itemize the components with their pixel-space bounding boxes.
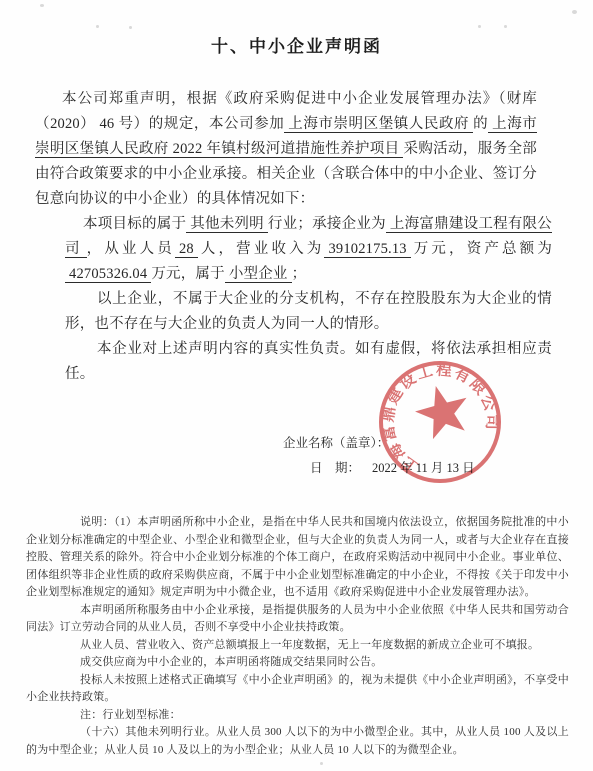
note-paragraph-3: 从业人员、营业收入、资产总额填报上一年度数据，无上一年度数据的新成立企业可不填报… (26, 637, 569, 655)
scan-speck (320, 762, 323, 765)
document-title: 十、中小企业声明函 (0, 36, 593, 58)
notes-section: 说明：（1）本声明函所称中小企业，是指在中华人民共和国境内依法设立，依据国务院批… (26, 514, 569, 759)
project-details-paragraph: 本项目标的属于其他未列明行业；承接企业为上海富鼎建设工程有限公司，从业人员28人… (65, 212, 552, 287)
declaration-intro-paragraph: 本公司郑重声明，根据《政府采购促进中小企业发展管理办法》（财库（2020） 46… (35, 87, 537, 212)
purchaser-name-field: 上海市崇明区堡镇人民政府 (284, 116, 473, 133)
no-affiliation-paragraph: 以上企业，不属于大企业的分支机构，不存在控股股东为大企业的情形，也不存在与大企业… (65, 287, 552, 337)
industry-field: 其他未列明 (186, 216, 268, 233)
p2-text-e: 万元，资产总额为 (411, 241, 552, 257)
p2-text-d: 人，营业收入为 (198, 241, 325, 257)
date-label: 日 期： (310, 461, 360, 475)
p2-text-f: 万元，属于 (151, 266, 225, 282)
p2-text-b: 行业；承接企业为 (268, 216, 386, 232)
note-paragraph-1: 说明：（1）本声明函所称中小企业，是指在中华人民共和国境内依法设立，依据国务院批… (26, 514, 569, 602)
note-paragraph-6: 注：行业划型标准： (26, 707, 569, 725)
scan-speck (96, 25, 99, 28)
p1-text-b: 的 (473, 116, 488, 132)
seal-star-icon (410, 379, 475, 442)
assets-field: 42705326.04 (65, 266, 151, 283)
revenue-field: 39102175.13 (324, 241, 410, 258)
scan-speck (572, 10, 577, 14)
enterprise-type-field: 小型企业 (225, 266, 292, 283)
sme-declaration-document: 十、中小企业声明函 本公司郑重声明，根据《政府采购促进中小企业发展管理办法》（财… (0, 0, 593, 771)
p2-text-g: ； (292, 266, 307, 282)
employees-count-field: 28 (175, 241, 198, 258)
scan-speck (504, 25, 507, 28)
note-paragraph-2: 本声明函所称服务由中小企业承接，是指提供服务的人员为中小企业依照《中华人民共和国… (26, 602, 569, 637)
scan-speck (40, 4, 44, 7)
note-paragraph-4: 成交供应商为中小企业的，本声明函将随成交结果同时公告。 (26, 654, 569, 672)
note-paragraph-7: （十六）其他未列明行业。从业人员 300 人以下的为中小微型企业。其中，从业人员… (26, 724, 569, 759)
scan-speck (478, 25, 481, 28)
p2-text-a: 本项目标的属于 (83, 216, 186, 232)
company-seal-stamp: 上海富鼎建设工程有限公司 (374, 356, 506, 488)
note-paragraph-5: 投标人未按照上述格式正确填写《中小企业声明函》的，视为未提供《中小企业声明函》，… (26, 672, 569, 707)
scan-speck (129, 26, 132, 29)
p2-text-c: ，从业人员 (87, 241, 175, 257)
